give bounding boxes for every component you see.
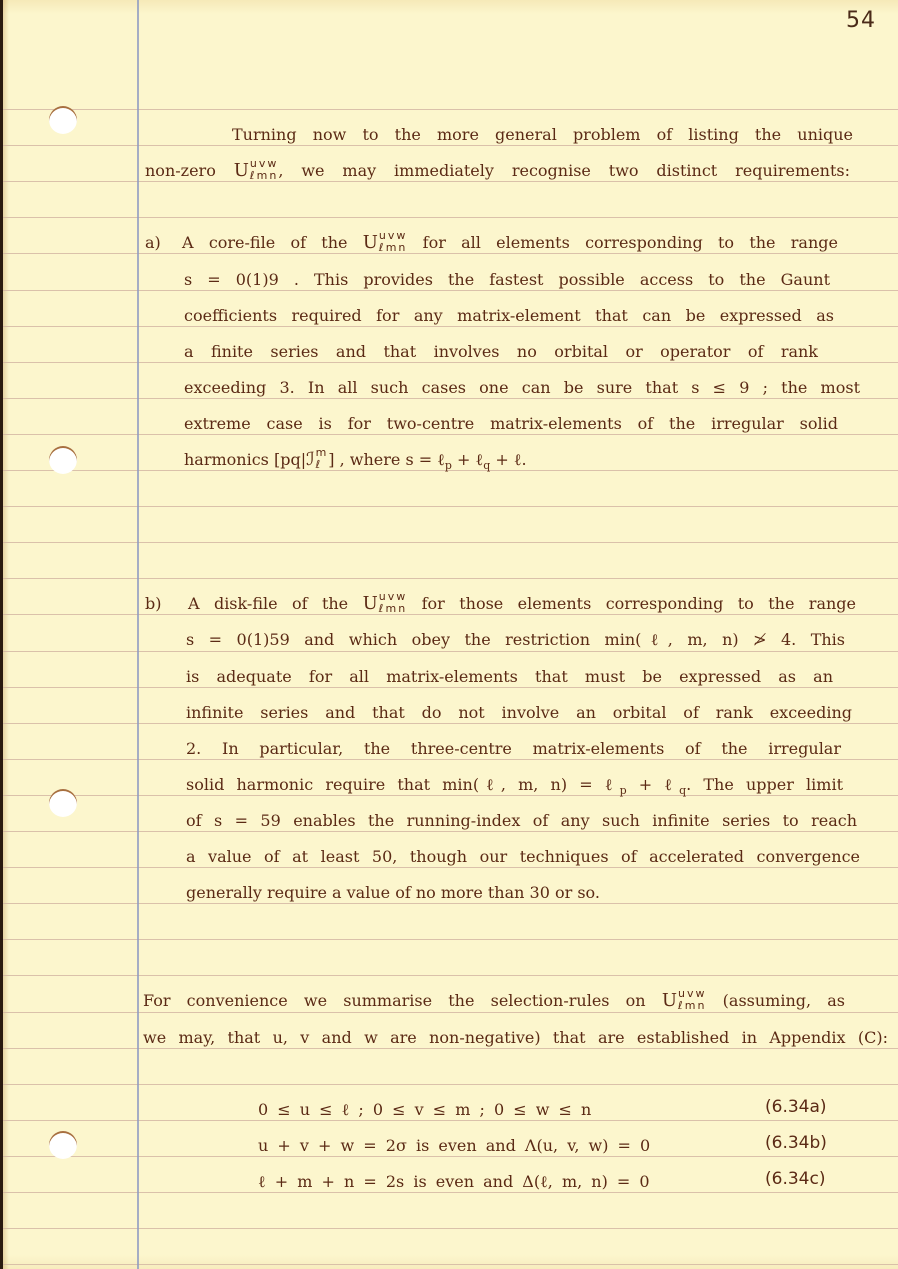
item-b-line: solid harmonic require that min(ℓ, m, n)… bbox=[186, 773, 843, 796]
punch-hole bbox=[49, 446, 77, 474]
punch-hole bbox=[49, 106, 77, 134]
item-b-line: a value of at least 50, though our techn… bbox=[186, 845, 860, 868]
item-b-text: + ℓ bbox=[627, 775, 679, 794]
equation-number: (6.34a) bbox=[765, 1096, 827, 1119]
gaunt-symbol: Uuvwℓmn bbox=[363, 231, 408, 255]
summary-line: For convenience we summarise the selecti… bbox=[143, 989, 845, 1012]
intro-text: non-zero bbox=[145, 161, 216, 180]
item-a-line: exceeding 3. In all such cases one can b… bbox=[184, 376, 860, 399]
punch-hole bbox=[49, 1131, 77, 1159]
gaunt-symbol: Uuvwℓmn bbox=[234, 159, 279, 183]
summary-text: (assuming, as bbox=[723, 991, 845, 1010]
item-a-text: harmonics [pq| bbox=[184, 450, 306, 469]
item-a-text: A core-file of the bbox=[182, 233, 347, 252]
item-a-line: harmonics [pq|ℐmℓ] , where s = ℓp + ℓq +… bbox=[184, 448, 784, 471]
item-b-label: b) bbox=[145, 592, 161, 615]
subscript: p bbox=[620, 784, 627, 797]
notebook-page: 54 Turning now to the more general probl… bbox=[0, 0, 898, 1269]
punch-hole bbox=[49, 789, 77, 817]
equation-number: (6.34c) bbox=[765, 1168, 825, 1191]
intro-line: non-zero Uuvwℓmn, we may immediately rec… bbox=[145, 159, 850, 182]
item-a-text: + ℓ. bbox=[490, 450, 526, 469]
equation-number: (6.34b) bbox=[765, 1132, 827, 1155]
item-b-line: of s = 59 enables the running-index of a… bbox=[186, 809, 857, 832]
intro-line: Turning now to the more general problem … bbox=[232, 123, 853, 146]
equation-6-34b: u + v + w = 2σ is even and Λ(u, v, w) = … bbox=[258, 1134, 650, 1157]
item-b-text: A disk-file of the bbox=[188, 594, 348, 613]
item-a-label: a) bbox=[145, 231, 161, 254]
page-number: 54 bbox=[846, 8, 876, 33]
item-a-text: + ℓ bbox=[452, 450, 483, 469]
item-a-text: ] , where s = ℓ bbox=[328, 450, 445, 469]
summary-text: For convenience we summarise the selecti… bbox=[143, 991, 646, 1010]
item-b-line: infinite series and that do not involve … bbox=[186, 701, 852, 724]
item-b-text: . The upper limit bbox=[686, 775, 843, 794]
item-b-line: 2. In particular, the three-centre matri… bbox=[186, 737, 841, 760]
intro-text: , we may immediately recognise two disti… bbox=[278, 161, 850, 180]
margin-line bbox=[137, 0, 139, 1269]
equation-6-34a: 0 ≤ u ≤ ℓ ; 0 ≤ v ≤ m ; 0 ≤ w ≤ n bbox=[258, 1098, 591, 1121]
summary-line: we may, that u, v and w are non-negative… bbox=[143, 1026, 888, 1049]
page-edge-stain bbox=[3, 0, 9, 1269]
item-b-text: solid harmonic require that min(ℓ, m, n)… bbox=[186, 775, 620, 794]
item-b-text: for those elements corresponding to the … bbox=[422, 594, 856, 613]
item-a-line: a finite series and that involves no orb… bbox=[184, 340, 818, 363]
item-a-line: extreme case is for two-centre matrix-el… bbox=[184, 412, 838, 435]
irregular-harmonic-symbol: ℐmℓ bbox=[306, 448, 328, 472]
item-a-text: for all elements corresponding to the ra… bbox=[423, 233, 838, 252]
equation-6-34c: ℓ + m + n = 2s is even and Δ(ℓ, m, n) = … bbox=[258, 1170, 650, 1193]
item-a-line: coefficients required for any matrix-ele… bbox=[184, 304, 834, 327]
item-b-line: s = 0(1)59 and which obey the restrictio… bbox=[186, 628, 845, 651]
item-b-line: is adequate for all matrix-elements that… bbox=[186, 665, 833, 688]
gaunt-symbol: Uuvwℓmn bbox=[363, 592, 408, 616]
item-a-line: A core-file of the Uuvwℓmn for all eleme… bbox=[182, 231, 838, 254]
subscript: p bbox=[445, 459, 452, 472]
intro-text: Turning now to the more general problem … bbox=[232, 125, 853, 144]
item-b-line: A disk-file of the Uuvwℓmn for those ele… bbox=[188, 592, 856, 615]
item-a-line: s = 0(1)9 . This provides the fastest po… bbox=[184, 268, 830, 291]
gaunt-symbol: Uuvwℓmn bbox=[662, 989, 707, 1013]
item-b-line: generally require a value of no more tha… bbox=[186, 881, 786, 904]
